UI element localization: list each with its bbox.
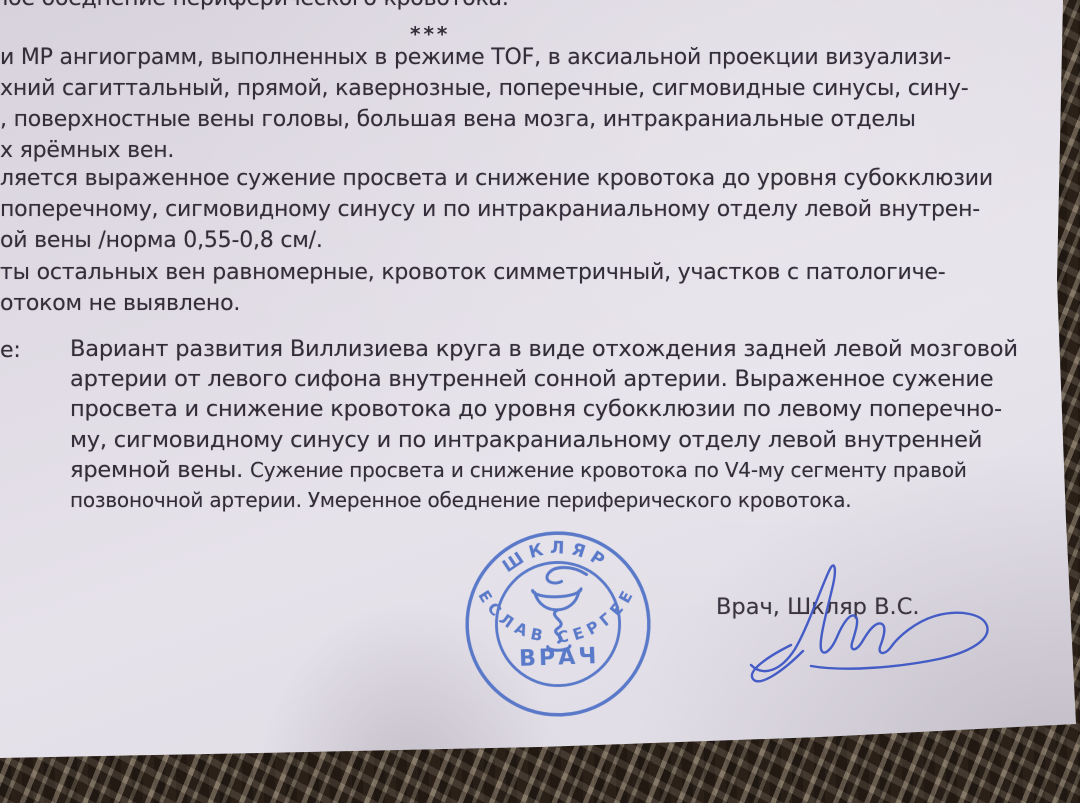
report-line: ляется выраженное сужение просвета и сни… <box>0 166 993 191</box>
conclusion-line-lead: яремной вены. <box>70 457 243 483</box>
conclusion-line: Вариант развития Виллизиева круга в виде… <box>70 336 1018 362</box>
conclusion-line: яремной вены.Сужение просвета и снижение… <box>70 457 967 483</box>
clipped-top-line: ное обеднение периферического кровотока. <box>0 0 509 11</box>
conclusion-line-small: Сужение просвета и снижение кровотока по… <box>250 458 967 482</box>
photo-scene: ное обеднение периферического кровотока.… <box>0 0 1080 803</box>
report-line: ой вены /норма 0,55-0,8 см/. <box>0 228 323 253</box>
conclusion-line: му, сигмовидному синусу и по интракраниа… <box>70 427 982 453</box>
report-line: , поверхностные вены головы, большая вен… <box>0 107 916 132</box>
report-line: и МР ангиограмм, выполненных в режиме TO… <box>0 45 951 70</box>
report-line: отоком не выявлено. <box>0 291 240 316</box>
conclusion-line: позвоночной артерии. Умеренное обеднение… <box>70 488 851 512</box>
separator-stars: *** <box>410 22 450 46</box>
conclusion-label-fragment: е: <box>0 338 21 363</box>
conclusion-line: артерии от левого сифона внутренней сонн… <box>70 366 993 392</box>
report-line: ты остальных вен равномерные, кровоток с… <box>0 260 945 285</box>
report-line: поперечному, сигмовидному синусу и по ин… <box>0 197 980 222</box>
document-paper: ное обеднение периферического кровотока.… <box>0 0 1080 803</box>
doctor-stamp: ШКЛЯР ВЯЧЕСЛАВ СЕРГЕЕВИЧ ВРАЧ <box>448 514 667 733</box>
stamp-center-label: ВРАЧ <box>519 643 600 672</box>
signature-scribble <box>733 553 1018 698</box>
conclusion-line: просвета и снижение кровотока до уровня … <box>70 396 1002 422</box>
report-line: хний сагиттальный, прямой, кавернозные, … <box>0 76 968 101</box>
report-line: х ярёмных вен. <box>0 138 174 163</box>
